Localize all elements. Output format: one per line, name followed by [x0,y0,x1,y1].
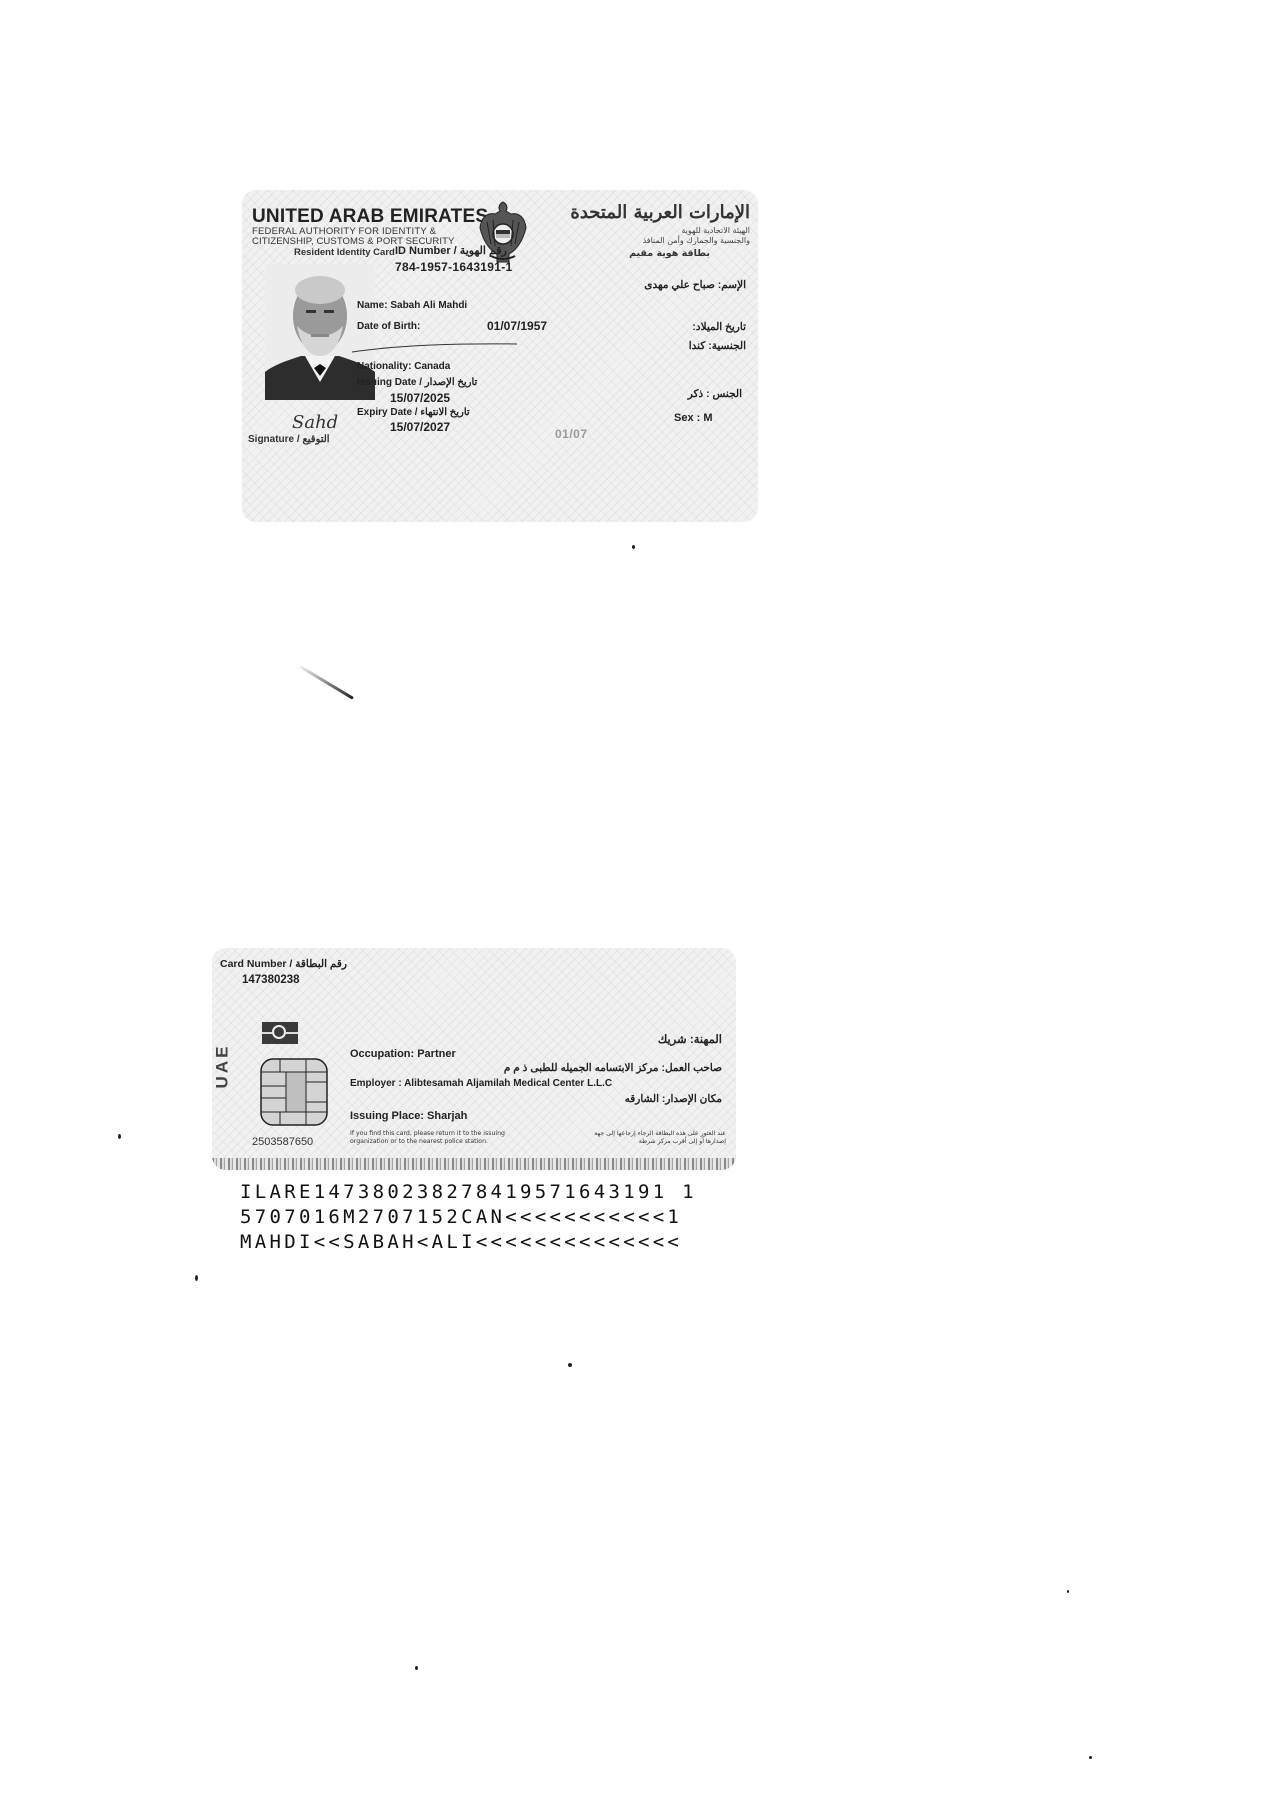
smart-chip-icon [260,1058,328,1126]
employer-ar: صاحب العمل: مركز الابتسامه الجميله للطبى… [504,1062,722,1074]
return-notice-ar: عند العثور على هذه البطاقة الرجاء إرجاعه… [594,1130,726,1146]
country-title-ar: الإمارات العربية المتحدة [570,202,750,223]
expiry-date-label: Expiry Date / تاريخ الانتهاء [357,407,470,418]
card-number-value: 147380238 [242,974,300,986]
id-card-back: Card Number / رقم البطاقة 147380238 UAE … [212,948,736,1170]
occupation-ar: المهنة: شريك [658,1032,722,1046]
signature-mark: Sahd [292,412,338,433]
card-type-en: Resident Identity Card [294,247,395,258]
scan-speck [1067,1590,1069,1593]
ornamental-border [212,1158,736,1170]
issuing-place-en: Issuing Place: Sharjah [350,1110,467,1122]
scan-artifact-stroke [299,665,354,700]
machine-readable-zone: ILARE147380238278419571643191 1 5707016M… [240,1180,697,1255]
dob-label-ar: تاريخ الميلاد: [692,321,746,333]
scan-speck [1089,1756,1092,1759]
scan-speck [195,1275,198,1281]
scan-speck [118,1134,121,1139]
mrz-line-1: ILARE147380238278419571643191 1 [240,1180,697,1205]
id-number-value: 784-1957-1643191-1 [395,260,513,274]
authority-line1-ar: الهيئة الاتحادية للهوية [681,226,750,235]
signature-label: Signature / التوقيع [248,434,330,445]
return-notice-en: If you find this card, please return it … [350,1130,505,1146]
card-type-ar: بطاقة هوية مقيم [629,248,710,259]
sex-en: Sex : M [674,412,713,424]
mrz-line-3: MAHDI<<SABAH<ALI<<<<<<<<<<<<<< [240,1230,697,1255]
authority-line2-ar: والجنسية والجمارك وأمن المنافذ [643,236,750,245]
sex-ar: الجنس : ذكر [688,388,742,400]
name-ar: الإسم: صباح علي مهدى [644,279,746,291]
chip-serial: 2503587650 [252,1136,313,1148]
mrz-line-2: 5707016M2707152CAN<<<<<<<<<<<1 [240,1205,697,1230]
dob-value: 01/07/1957 [487,319,547,333]
scan-speck [568,1363,572,1367]
nationality-en: Nationality: Canada [357,361,450,372]
employer-en: Employer : Alibtesamah Aljamilah Medical… [350,1078,612,1089]
name-en: Name: Sabah Ali Mahdi [357,300,467,311]
occupation-en: Occupation: Partner [350,1048,456,1060]
nationality-ar: الجنسية: كندا [689,340,746,352]
card-number-label: Card Number / رقم البطاقة [220,958,347,970]
pen-stroke [352,340,517,354]
scan-speck [415,1666,418,1670]
contactless-icon [262,1022,298,1044]
issuing-date-label: Issuing Date / تاريخ الإصدار [357,377,477,388]
id-number-label: ID Number / رقم الهوية [395,244,507,257]
issuing-date-value: 15/07/2025 [390,391,450,405]
expiry-date-value: 15/07/2027 [390,420,450,434]
scan-speck [632,545,635,549]
id-card-front: UNITED ARAB EMIRATES FEDERAL AUTHORITY F… [242,190,758,522]
country-code-vertical: UAE [212,1044,232,1089]
issuing-place-ar: مكان الإصدار: الشارقه [625,1093,722,1105]
country-title-en: UNITED ARAB EMIRATES [252,206,488,228]
ghost-dob: 01/07 [555,427,588,441]
dob-label: Date of Birth: [357,321,420,332]
